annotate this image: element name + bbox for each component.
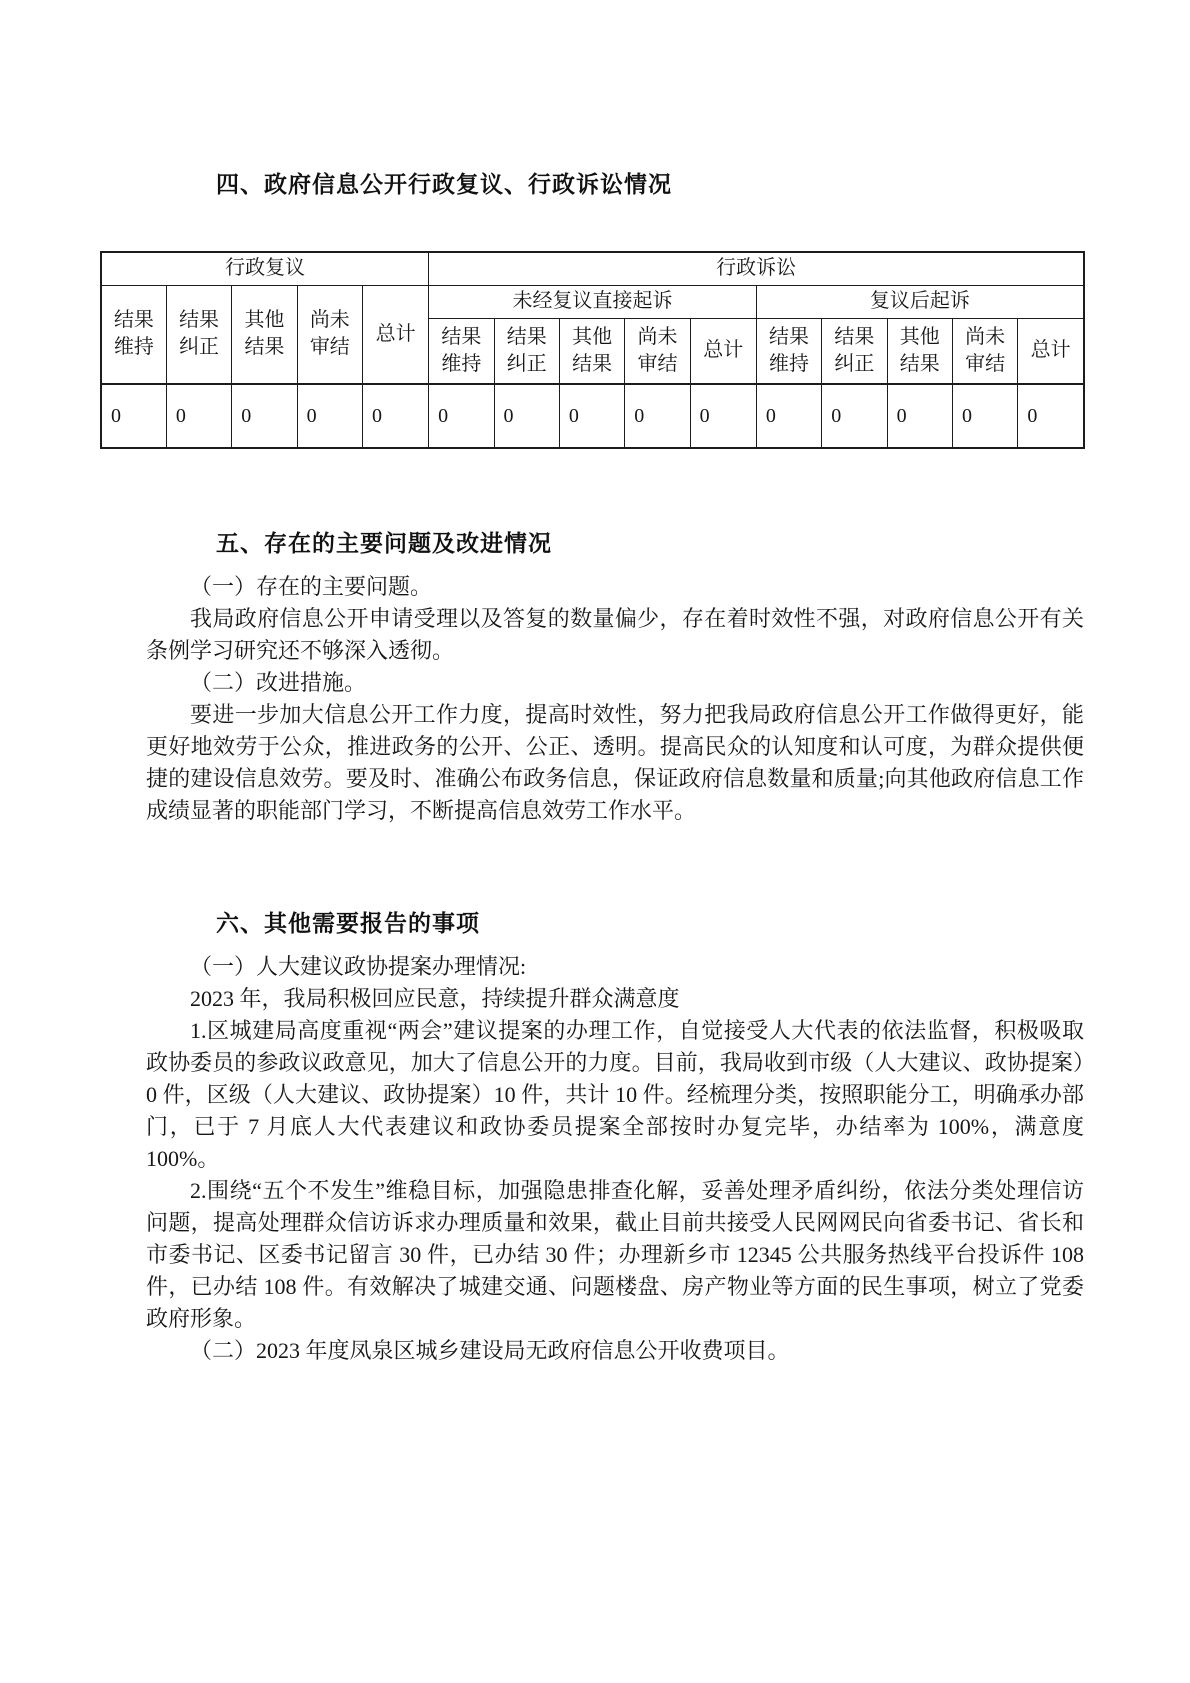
table-value-cell: 0 xyxy=(166,384,231,448)
body-paragraph: 2023 年，我局积极回应民意，持续提升群众满意度 xyxy=(146,983,1084,1015)
body-paragraph: （一）人大建议政协提案办理情况: xyxy=(146,951,1084,983)
document-page: 四、政府信息公开行政复议、行政诉讼情况 行政复议 行政诉讼 结果维持 结果纠正 … xyxy=(0,0,1190,1683)
section6-body: （一）人大建议政协提案办理情况: 2023 年，我局积极回应民意，持续提升群众满… xyxy=(0,951,1190,1367)
table-value-cell: 0 xyxy=(494,384,559,448)
section4-title: 四、政府信息公开行政复议、行政诉讼情况 xyxy=(216,0,1190,199)
table-value-cell: 0 xyxy=(625,384,690,448)
body-paragraph: （二）2023 年度凤泉区城乡建设局无政府信息公开收费项目。 xyxy=(146,1335,1084,1367)
table-values-row: 0 0 0 0 0 0 0 0 0 0 0 0 0 0 0 xyxy=(101,384,1084,448)
body-paragraph: （二）改进措施。 xyxy=(146,667,1084,699)
section5-body: （一）存在的主要问题。 我局政府信息公开申请受理以及答复的数量偏少，存在着时效性… xyxy=(0,571,1190,827)
table-value-cell: 0 xyxy=(101,384,166,448)
table-value-cell: 0 xyxy=(429,384,494,448)
post-review-suit-col-header: 结果维持 xyxy=(756,318,821,384)
table-value-cell: 0 xyxy=(690,384,756,448)
table-row: 结果维持 结果纠正 其他结果 尚未审结 总计 未经复议直接起诉 复议后起诉 xyxy=(101,285,1084,318)
body-paragraph: 1.区城建局高度重视“两会”建议提案的办理工作，自觉接受人大代表的依法监督，积极… xyxy=(146,1015,1084,1175)
litigation-group-header: 行政诉讼 xyxy=(429,252,1084,285)
body-paragraph: （一）存在的主要问题。 xyxy=(146,571,1084,603)
admin-review-litigation-table: 行政复议 行政诉讼 结果维持 结果纠正 其他结果 尚未审结 总计 未经复议直接起… xyxy=(100,251,1085,449)
post-review-suit-col-header: 结果纠正 xyxy=(822,318,887,384)
table-value-cell: 0 xyxy=(363,384,429,448)
review-group-header: 行政复议 xyxy=(101,252,429,285)
direct-suit-col-header: 结果维持 xyxy=(429,318,494,384)
post-review-suit-col-header: 尚未审结 xyxy=(952,318,1017,384)
table-value-cell: 0 xyxy=(297,384,362,448)
table-value-cell: 0 xyxy=(756,384,821,448)
section6-title: 六、其他需要报告的事项 xyxy=(216,905,1190,938)
table-value-cell: 0 xyxy=(232,384,297,448)
table-value-cell: 0 xyxy=(822,384,887,448)
post-review-suit-col-header: 其他结果 xyxy=(887,318,952,384)
table-value-cell: 0 xyxy=(887,384,952,448)
body-paragraph: 我局政府信息公开申请受理以及答复的数量偏少，存在着时效性不强，对政府信息公开有关… xyxy=(146,603,1084,667)
review-col-header: 总计 xyxy=(363,285,429,384)
post-review-suit-group-header: 复议后起诉 xyxy=(756,285,1084,318)
table-value-cell: 0 xyxy=(559,384,624,448)
table-value-cell: 0 xyxy=(952,384,1017,448)
table-row: 行政复议 行政诉讼 xyxy=(101,252,1084,285)
body-paragraph: 要进一步加大信息公开工作力度，提高时效性，努力把我局政府信息公开工作做得更好，能… xyxy=(146,699,1084,827)
review-col-header: 尚未审结 xyxy=(297,285,362,384)
review-col-header: 其他结果 xyxy=(232,285,297,384)
post-review-suit-col-header: 总计 xyxy=(1018,318,1084,384)
table-value-cell: 0 xyxy=(1018,384,1084,448)
body-paragraph: 2.围绕“五个不发生”维稳目标，加强隐患排查化解，妥善处理矛盾纠纷，依法分类处理… xyxy=(146,1175,1084,1335)
direct-suit-col-header: 总计 xyxy=(690,318,756,384)
direct-suit-group-header: 未经复议直接起诉 xyxy=(429,285,757,318)
direct-suit-col-header: 结果纠正 xyxy=(494,318,559,384)
direct-suit-col-header: 其他结果 xyxy=(559,318,624,384)
review-col-header: 结果维持 xyxy=(101,285,166,384)
review-col-header: 结果纠正 xyxy=(166,285,231,384)
direct-suit-col-header: 尚未审结 xyxy=(625,318,690,384)
section5-title: 五、存在的主要问题及改进情况 xyxy=(216,525,1190,558)
